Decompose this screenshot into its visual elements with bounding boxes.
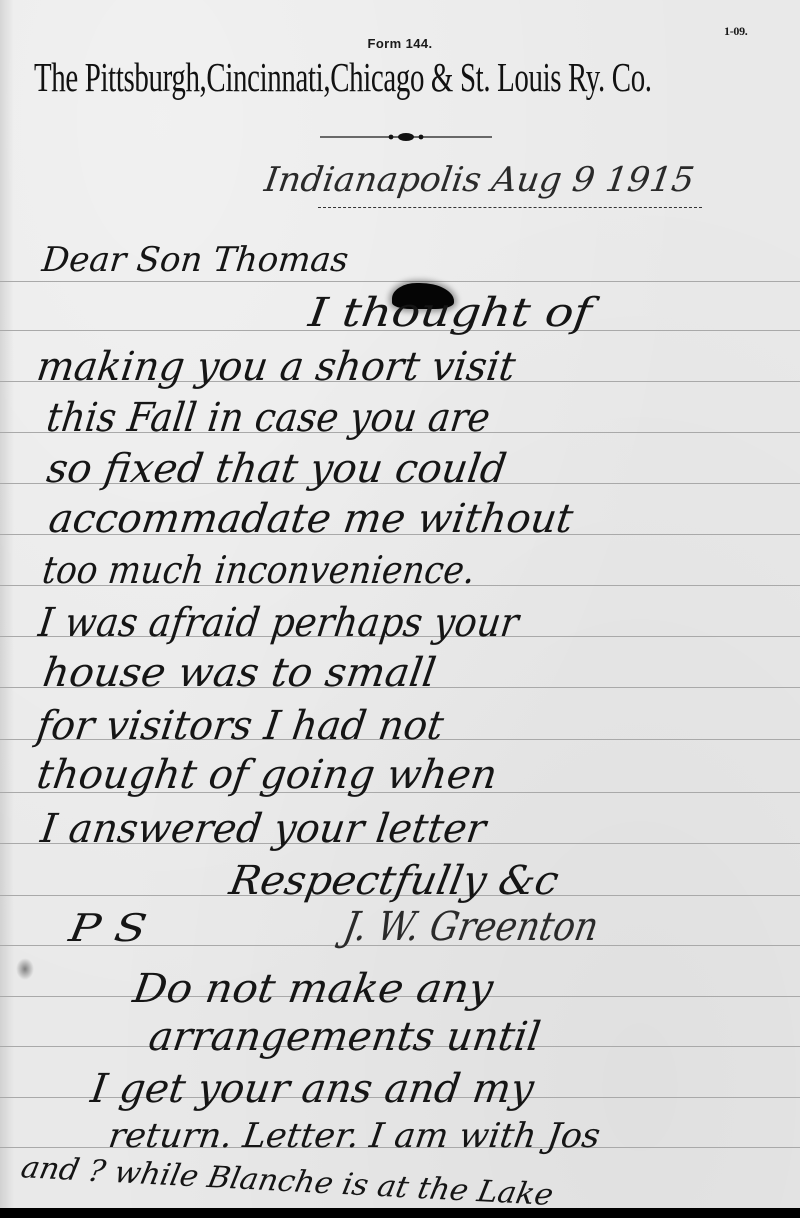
- salutation: Dear Son Thomas: [40, 240, 350, 280]
- postscript-line: I get your ans and my: [88, 1066, 537, 1112]
- body-line: I was afraid perhaps your: [36, 600, 521, 646]
- signature: J. W. Greenton: [340, 904, 602, 950]
- body-line: this Fall in case you are: [44, 395, 493, 441]
- postscript-label: P S: [66, 906, 150, 950]
- body-line: house was to small: [40, 650, 439, 696]
- form-number: Form 144.: [0, 36, 800, 51]
- postscript-line: return. Letter. I am with Jos: [106, 1116, 603, 1156]
- body-line: for visitors I had not: [34, 703, 446, 749]
- body-line: I thought of: [306, 290, 594, 336]
- place-and-date: Indianapolis Aug 9 1915: [262, 160, 697, 200]
- smudge: [16, 958, 34, 980]
- body-line: making you a short visit: [34, 344, 518, 390]
- postscript-line: arrangements until: [146, 1014, 543, 1060]
- body-line: I answered your letter: [38, 806, 489, 852]
- letter-page: 1-09. Form 144. The Pittsburgh,Cincinnat…: [0, 0, 800, 1208]
- postscript-line: and ? while Blanche is at the Lake: [18, 1150, 556, 1208]
- closing: Respectfully &c: [226, 858, 562, 904]
- company-name-heading: The Pittsburgh,Cincinnati,Chicago & St. …: [34, 54, 652, 100]
- date-dotted-line: [318, 207, 702, 208]
- rule-line: [0, 281, 800, 282]
- paper-edge-shadow: [0, 0, 14, 1208]
- body-line: accommadate me without: [46, 496, 576, 542]
- body-line: too much inconvenience.: [40, 548, 478, 592]
- postscript-line: Do not make any: [130, 966, 496, 1012]
- divider-ornament-icon: [320, 131, 492, 143]
- body-line: so fixed that you could: [44, 446, 509, 492]
- scan-bottom-band: [0, 1208, 800, 1218]
- body-line: thought of going when: [34, 752, 500, 798]
